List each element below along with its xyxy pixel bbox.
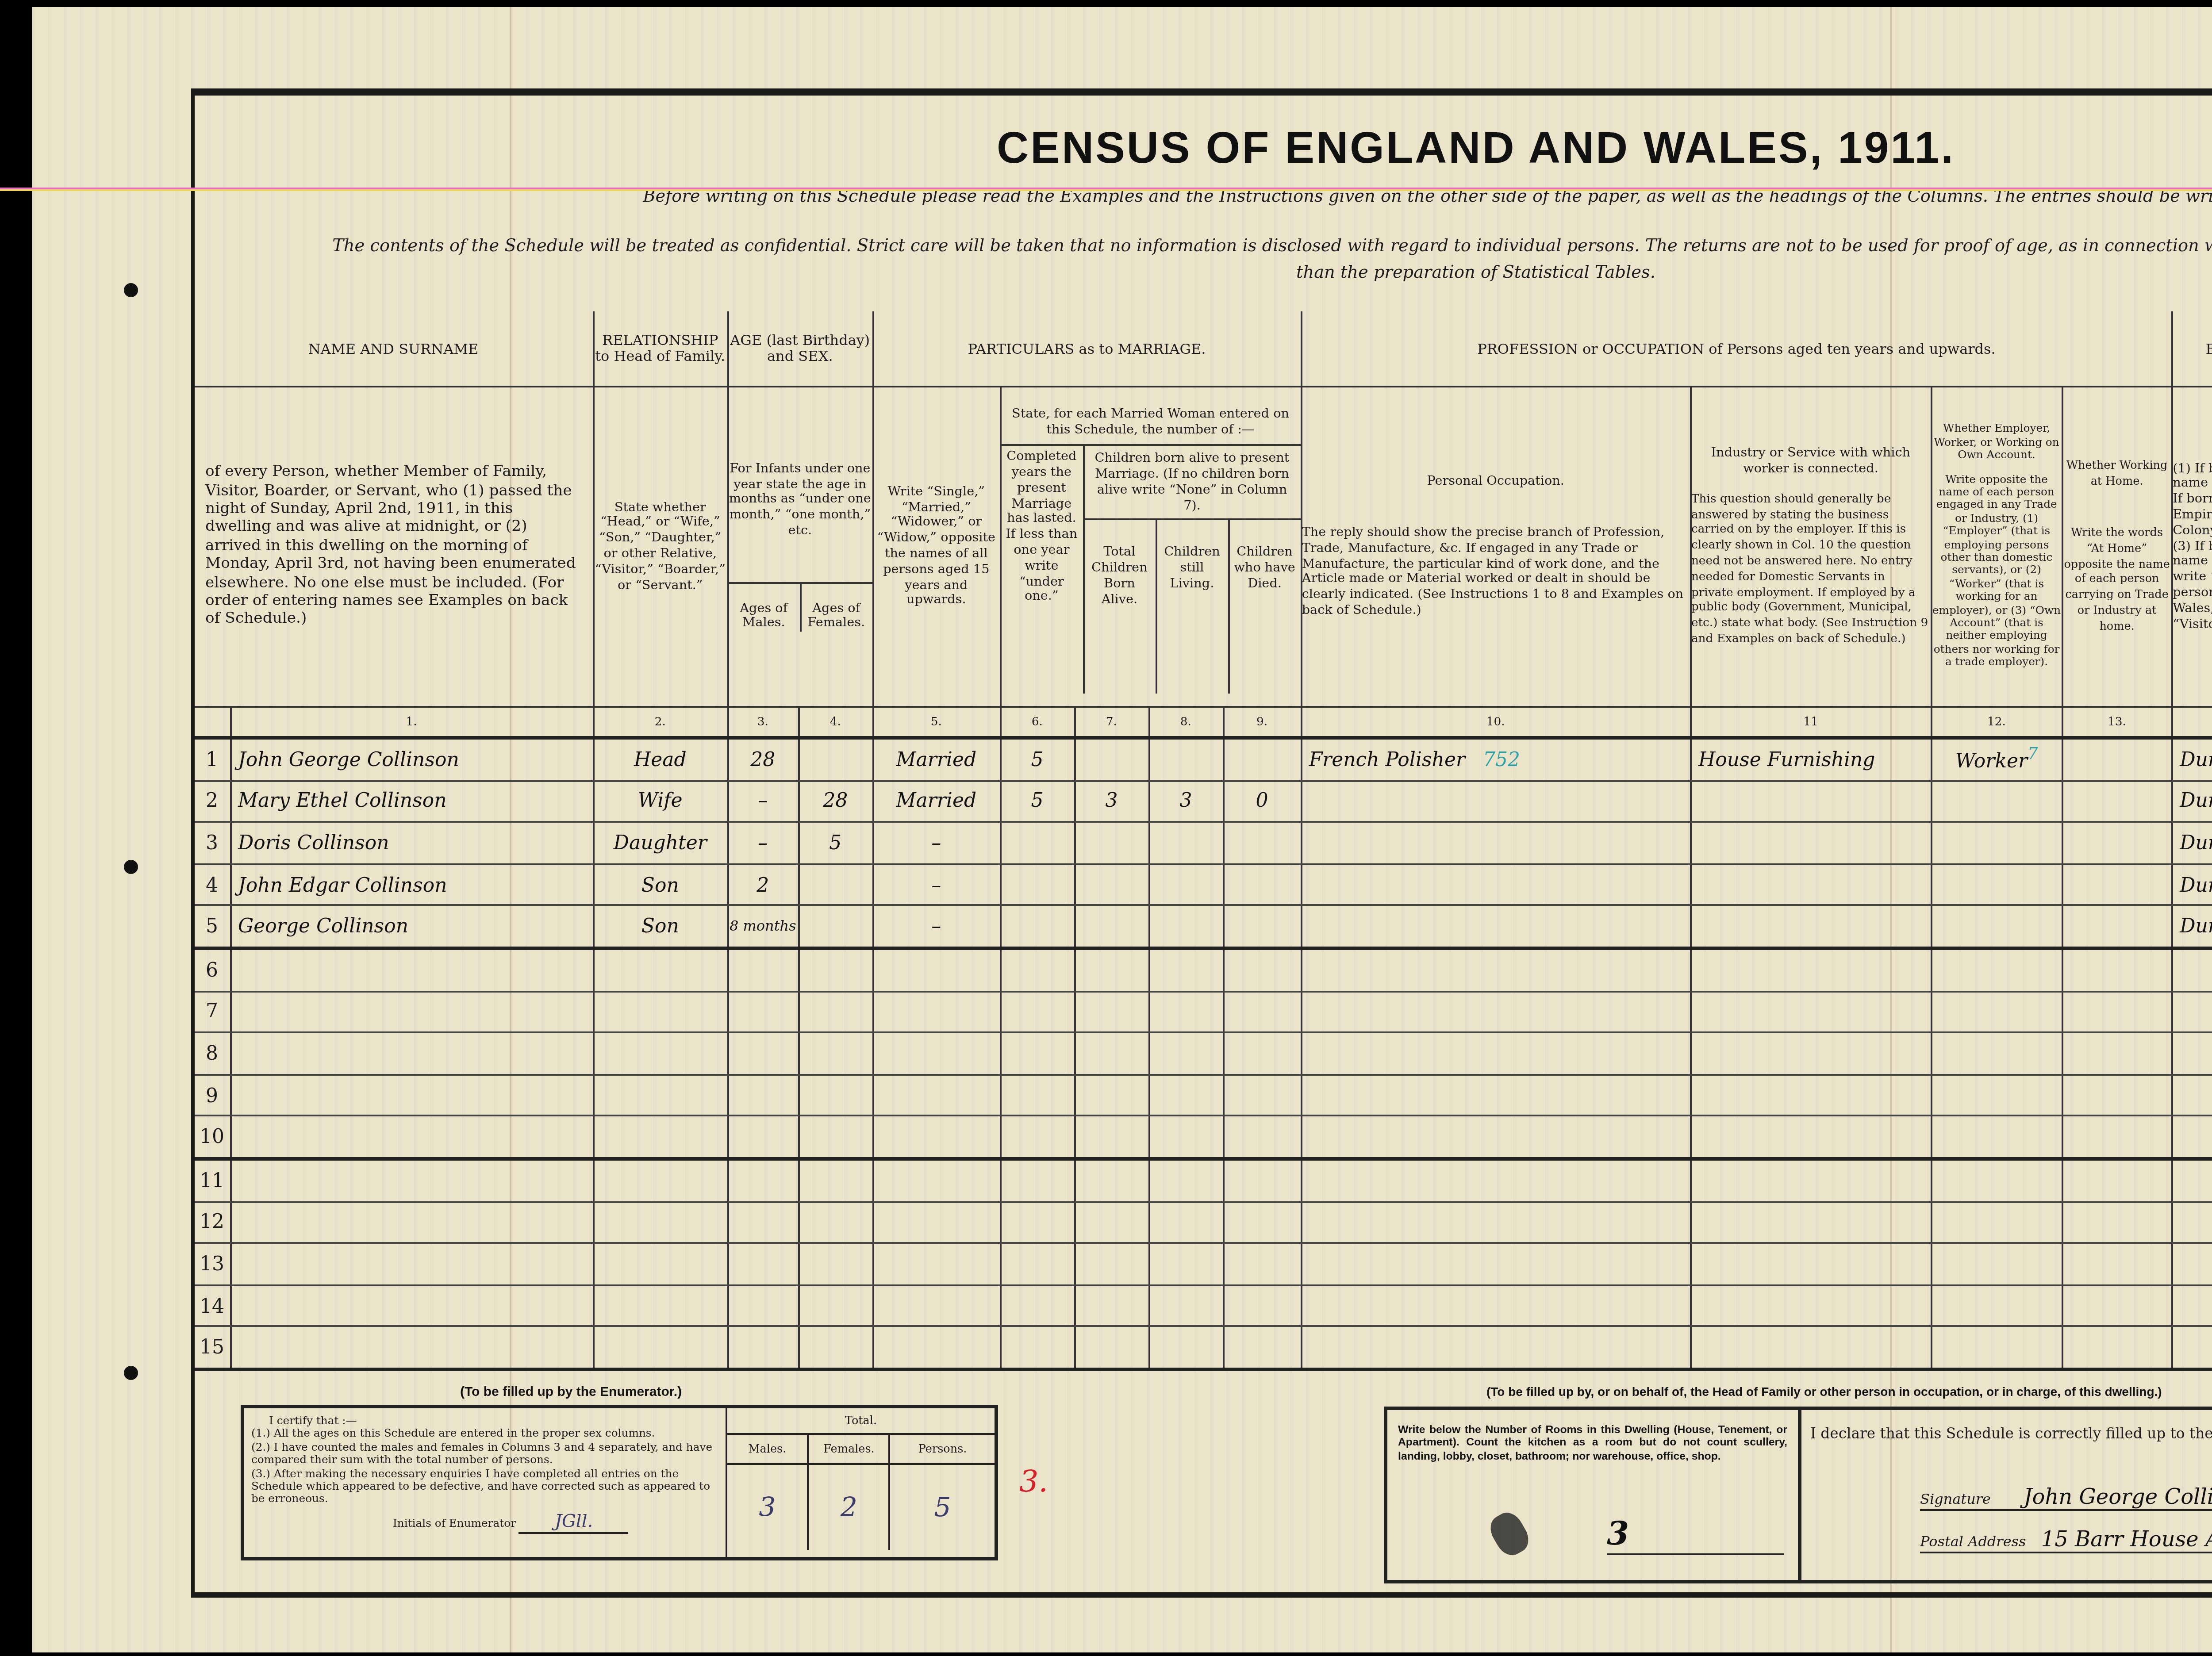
cell-living [1148,1074,1223,1116]
certify-point-2: (2.) I have counted the males and female… [251,1441,722,1468]
industry-title: Industry or Service with which worker is… [1691,446,1930,477]
cell-total [1074,1201,1148,1243]
cell-at-home [2062,1243,2172,1285]
cell-name: George Collinson [230,906,593,948]
table-row: 2Mary Ethel CollinsonWife–28Married5330D… [195,780,2212,822]
cell-age-f [798,991,872,1032]
cell-industry [1690,1201,1931,1243]
rooms-instruction: Write below the Number of Rooms in this … [1398,1424,1787,1464]
cell-at-home [2062,948,2172,991]
cell-age-m [727,1159,798,1201]
cell-age-m [727,1243,798,1285]
page-title: CENSUS OF ENGLAND AND WALES, 1911. [195,124,2212,175]
cell-age-f [798,948,872,991]
cell-industry [1690,1033,1931,1074]
rooms-box: Write below the Number of Rooms in this … [1384,1407,1801,1583]
desc-married-woman: State, for each Married Woman entered on… [1000,387,1301,707]
desc-age: For Infants under one year state the age… [727,387,872,707]
header-marriage: PARTICULARS as to MARRIAGE. [872,311,1301,387]
cell-died [1223,864,1301,905]
table-row: 8 [195,1033,2212,1074]
cell-died [1223,1326,1301,1369]
cell-relationship [593,1285,727,1326]
cell-total [1074,1116,1148,1158]
desc-children-group: Children born alive to present Marriage.… [1084,446,1300,521]
cell-birthplace [2172,948,2212,991]
cell-name [230,1201,593,1243]
cell-birthplace: Durham Blackhill [2172,780,2212,822]
table-row: 13 [195,1243,2212,1285]
signature-value: John George Collinson [2024,1484,2212,1509]
cell-total [1074,1074,1148,1116]
header-relationship: RELATIONSHIP to Head of Family. [593,311,727,387]
cell-died [1223,1116,1301,1158]
cell-occupation [1301,1116,1690,1158]
header-name: NAME AND SURNAME [195,311,593,387]
cell-at-home [2062,1285,2172,1326]
cell-birthplace [2172,1074,2212,1116]
cell-relationship: Head [593,738,727,780]
confidentiality-notice-cont: than the preparation of Statistical Tabl… [195,264,2212,283]
cell-living [1148,991,1223,1032]
address-value: 15 Barr House Avenue Consett [2041,1527,2212,1552]
column-number: 3. [727,707,798,738]
cell-at-home [2062,1074,2172,1116]
cell-living [1148,1159,1223,1201]
row-number: 7 [195,991,230,1032]
occupier-heading: (To be filled up by, or on behalf of, th… [1486,1387,2162,1399]
cell-industry [1690,1074,1931,1116]
column-number: 8. [1148,707,1223,738]
cell-years [1000,1326,1074,1369]
cell-years [1000,864,1074,905]
table-row: 15 [195,1326,2212,1369]
cell-living: 3 [1148,780,1223,822]
cell-relationship: Daughter [593,822,727,864]
census-page: CENSUS OF ENGLAND AND WALES, 1911. Befor… [0,0,2212,1656]
rooms-value: 3 [1607,1516,1784,1555]
column-number: 6. [1000,707,1074,738]
cell-total [1074,1285,1148,1326]
cell-status: Worker7 [1931,738,2062,780]
cell-industry [1690,1159,1931,1201]
cell-relationship [593,1159,727,1201]
table-row: 6 [195,948,2212,991]
cell-total [1074,948,1148,991]
cell-died [1223,948,1301,991]
column-number: 14 [2172,707,2212,738]
cell-industry [1690,1243,1931,1285]
cell-relationship [593,991,727,1032]
punch-hole-icon [124,1366,138,1380]
total-persons-value: 5 [891,1465,995,1550]
cell-age-m [727,1116,798,1158]
cell-birthplace [2172,1285,2212,1326]
header-birthplace: BIRTHPLACE of every person. [2172,311,2212,387]
cell-age-f [798,1326,872,1369]
cell-industry [1690,948,1931,991]
cell-marital [872,1116,1000,1158]
cell-total [1074,864,1148,905]
cell-marital [872,948,1000,991]
desc-age-males: Ages of Males. [728,583,801,632]
signature-label: Signature [1920,1491,1991,1507]
red-annotation-mark: 3. [1019,1465,1048,1500]
cell-marital: – [872,864,1000,905]
cell-marital [872,1326,1000,1369]
cell-age-f [798,1116,872,1158]
employment-status-desc: Write opposite the name of each person e… [1932,473,2061,670]
table-row: 11 [195,1159,2212,1201]
cell-birthplace [2172,1116,2212,1158]
cell-relationship [593,1116,727,1158]
cell-occupation [1301,1201,1690,1243]
row-number: 11 [195,1159,230,1201]
cell-age-f [798,906,872,948]
cell-died [1223,1074,1301,1116]
declaration-text: I declare that this Schedule is correctl… [1810,1424,2212,1442]
cell-birthplace [2172,1201,2212,1243]
desc-industry: Industry or Service with which worker is… [1690,387,1931,707]
cell-occupation [1301,991,1690,1032]
cell-age-f [798,1033,872,1074]
cell-years [1000,822,1074,864]
cell-years [1000,1074,1074,1116]
row-number: 5 [195,906,230,948]
cell-birthplace [2172,1159,2212,1201]
certify-point-1: (1.) All the ages on this Schedule are e… [251,1429,722,1442]
column-number: 10. [1301,707,1690,738]
desc-name: of every Person, whether Member of Famil… [195,387,593,707]
males-label: Males. [727,1435,809,1463]
cell-age-f [798,1285,872,1326]
employment-status-title: Whether Employer, Worker, or Working on … [1932,423,2061,463]
row-number: 15 [195,1326,230,1369]
row-number: 14 [195,1285,230,1326]
row-number: 4 [195,864,230,905]
confidentiality-notice: The contents of the Schedule will be tre… [195,237,2212,257]
cell-name: John George Collinson [230,738,593,780]
cell-marital: Married [872,780,1000,822]
cell-age-m [727,1201,798,1243]
desc-children-living: Children still Living. [1156,521,1229,694]
cell-age-m: 2 [727,864,798,905]
cell-marital [872,1159,1000,1201]
column-number: 11 [1690,707,1931,738]
punch-hole-icon [124,283,138,297]
cell-name [230,1159,593,1201]
cell-occupation [1301,1033,1690,1074]
cell-name [230,1033,593,1074]
cell-age-m [727,948,798,991]
cell-marital: – [872,822,1000,864]
cell-status [1931,1116,2062,1158]
cell-name [230,1243,593,1285]
column-number: 12. [1931,707,2062,738]
cell-birthplace: Durham Consett [2172,906,2212,948]
row-number: 12 [195,1201,230,1243]
cell-marital [872,1285,1000,1326]
column-number: 5. [872,707,1000,738]
column-number: 4. [798,707,872,738]
cell-age-f [798,864,872,905]
table-row: 5George CollinsonSon8 months–Durham Cons… [195,906,2212,948]
cell-status [1931,991,2062,1032]
cell-age-f [798,1074,872,1116]
cell-birthplace: Durham. Consett [2172,738,2212,780]
cell-occupation [1301,1159,1690,1201]
cell-at-home [2062,1201,2172,1243]
cell-died [1223,906,1301,948]
cell-died [1223,991,1301,1032]
schedule-frame: CENSUS OF ENGLAND AND WALES, 1911. Befor… [191,88,2212,1598]
occupation-text: French Polisher [1309,748,1465,771]
header-occupation: PROFESSION or OCCUPATION of Persons aged… [1301,311,2172,387]
persons-label: Persons. [891,1435,995,1463]
desc-marital: Write “Single,” “Married,” “Widower,” or… [872,387,1000,707]
status-code: 7 [2028,746,2038,765]
cell-industry [1690,906,1931,948]
cell-status [1931,906,2062,948]
cell-living [1148,1201,1223,1243]
desc-birthplace: (1) If born in the United Kingdom, write… [2172,387,2212,707]
cell-age-f: 28 [798,780,872,822]
cell-at-home [2062,1326,2172,1369]
column-number: 9. [1223,707,1301,738]
cell-industry [1690,991,1931,1032]
row-number: 3 [195,822,230,864]
cell-years [1000,1033,1074,1074]
enumerator-heading: (To be filled up by the Enumerator.) [460,1384,682,1399]
total-females-value: 2 [809,1465,891,1550]
cell-died [1223,738,1301,780]
cell-industry [1690,822,1931,864]
initials-label: Initials of Enumerator [393,1518,516,1530]
row-number: 1 [195,738,230,780]
cell-industry: House Furnishing [1690,738,1931,780]
desc-at-home: Whether Working at Home. Write the words… [2062,387,2172,707]
cell-at-home [2062,991,2172,1032]
cell-living [1148,948,1223,991]
cell-birthplace: Durham Consett [2172,822,2212,864]
cell-name [230,1285,593,1326]
cell-died [1223,1033,1301,1074]
cell-birthplace [2172,991,2212,1032]
cell-total: 3 [1074,780,1148,822]
cell-age-m: 28 [727,738,798,780]
cell-total [1074,822,1148,864]
cell-years [1000,1285,1074,1326]
cell-years [1000,1116,1074,1158]
cell-industry [1690,1116,1931,1158]
cell-living [1148,1116,1223,1158]
scan-artifact-line [0,189,2212,191]
cell-status [1931,1243,2062,1285]
at-home-desc: Write the words “At Home” opposite the n… [2063,525,2171,634]
cell-birthplace [2172,1243,2212,1285]
cell-name [230,991,593,1032]
cell-industry [1690,864,1931,905]
cell-living [1148,1285,1223,1326]
cell-relationship: Son [593,906,727,948]
cell-age-f [798,1159,872,1201]
table-row: 10 [195,1116,2212,1158]
cell-relationship: Wife [593,780,727,822]
table-row: 12 [195,1201,2212,1243]
cell-age-m [727,1074,798,1116]
row-number: 8 [195,1033,230,1074]
column-number: 2. [593,707,727,738]
industry-desc: This question should generally be answer… [1691,491,1930,647]
cell-at-home [2062,1159,2172,1201]
occupation-code: 752 [1483,748,1520,771]
address-label: Postal Address [1920,1534,2026,1550]
row-number: 6 [195,948,230,991]
cell-occupation [1301,1326,1690,1369]
cell-status [1931,780,2062,822]
desc-children-died: Children who have Died. [1229,521,1300,694]
cell-occupation [1301,948,1690,991]
cell-marital [872,1201,1000,1243]
cell-status [1931,1326,2062,1369]
row-number: 13 [195,1243,230,1285]
cell-occupation: French Polisher752 [1301,738,1690,780]
cell-marital: – [872,906,1000,948]
cell-name: Doris Collinson [230,822,593,864]
cell-status [1931,1201,2062,1243]
cell-age-m: – [727,780,798,822]
personal-occupation-desc: The reply should show the precise branch… [1302,525,1690,619]
cell-status [1931,1285,2062,1326]
cell-at-home [2062,822,2172,864]
enumerator-initials: JGll. [519,1512,628,1533]
cell-at-home [2062,738,2172,780]
cell-marital: Married [872,738,1000,780]
cell-died [1223,1243,1301,1285]
cell-occupation [1301,906,1690,948]
cell-name: John Edgar Collinson [230,864,593,905]
declaration-box: I declare that this Schedule is correctl… [1796,1407,2212,1583]
cell-age-f [798,1243,872,1285]
cell-at-home [2062,906,2172,948]
cell-years [1000,948,1074,991]
cell-status [1931,1159,2062,1201]
desc-relationship: State whether “Head,” or “Wife,” “Son,” … [593,387,727,707]
cell-years [1000,1243,1074,1285]
cell-total [1074,1326,1148,1369]
cell-years: 5 [1000,738,1074,780]
certify-point-3: (3.) After making the necessary enquirie… [251,1468,722,1507]
desc-married-woman-title: State, for each Married Woman entered on… [1001,399,1300,446]
desc-children-total: Total Children Born Alive. [1084,521,1156,694]
cell-status [1931,822,2062,864]
cell-at-home [2062,864,2172,905]
at-home-title: Whether Working at Home. [2063,459,2171,490]
cell-living [1148,1326,1223,1369]
cell-occupation [1301,1074,1690,1116]
cell-total [1074,991,1148,1032]
header-age: AGE (last Birthday) and SEX. [727,311,872,387]
table-row: 7 [195,991,2212,1032]
cell-marital [872,1074,1000,1116]
cell-living [1148,906,1223,948]
cell-years [1000,906,1074,948]
cell-died [1223,1201,1301,1243]
cell-name: Mary Ethel Collinson [230,780,593,822]
paper-sheet: CENSUS OF ENGLAND AND WALES, 1911. Befor… [32,7,2212,1652]
cell-died [1223,822,1301,864]
total-males-value: 3 [727,1465,809,1550]
cell-birthplace: Durham Consett [2172,864,2212,905]
cell-occupation [1301,864,1690,905]
cell-relationship [593,1201,727,1243]
females-label: Females. [809,1435,891,1463]
cell-age-m [727,1033,798,1074]
cell-living [1148,1033,1223,1074]
cell-occupation [1301,1243,1690,1285]
cell-relationship [593,1074,727,1116]
desc-age-infants: For Infants under one year state the age… [728,461,872,539]
cell-status [1931,864,2062,905]
cell-name [230,948,593,991]
cell-age-f [798,1201,872,1243]
cell-occupation [1301,1285,1690,1326]
cell-total [1074,1243,1148,1285]
cell-status [1931,948,2062,991]
certify-text: I certify that :— [251,1415,722,1429]
cell-marital [872,1033,1000,1074]
cell-relationship: Son [593,864,727,905]
cell-years [1000,1201,1074,1243]
column-number: 7. [1074,707,1148,738]
cell-industry [1690,1285,1931,1326]
cell-at-home [2062,1033,2172,1074]
table-row: 1John George CollinsonHead28Married5Fren… [195,738,2212,780]
cell-occupation [1301,780,1690,822]
cell-age-m [727,991,798,1032]
cell-industry [1690,1326,1931,1369]
cell-marital [872,1243,1000,1285]
column-number: 1. [230,707,593,738]
row-number: 2 [195,780,230,822]
desc-years-married: Completed years the present Marriage has… [1001,446,1084,694]
cell-status [1931,1074,2062,1116]
cell-birthplace [2172,1326,2212,1369]
cell-died [1223,1285,1301,1326]
cell-age-m [727,1285,798,1326]
cell-living [1148,738,1223,780]
enumerator-certificate: I certify that :— (1.) All the ages on t… [241,1405,998,1560]
cell-occupation [1301,822,1690,864]
cell-age-f: 5 [798,822,872,864]
ink-blot-icon [1485,1507,1534,1560]
cell-total [1074,906,1148,948]
desc-employment-status: Whether Employer, Worker, or Working on … [1931,387,2062,707]
cell-years [1000,991,1074,1032]
cell-living [1148,822,1223,864]
punch-hole-icon [124,860,138,874]
cell-age-f [798,738,872,780]
cell-relationship [593,948,727,991]
cell-relationship [593,1243,727,1285]
cell-at-home [2062,780,2172,822]
cell-marital [872,991,1000,1032]
status-text: Worker [1955,751,2028,774]
cell-total [1074,1159,1148,1201]
row-number: 9 [195,1074,230,1116]
cell-age-m: 8 months [727,906,798,948]
desc-age-females: Ages of Females. [801,583,872,632]
